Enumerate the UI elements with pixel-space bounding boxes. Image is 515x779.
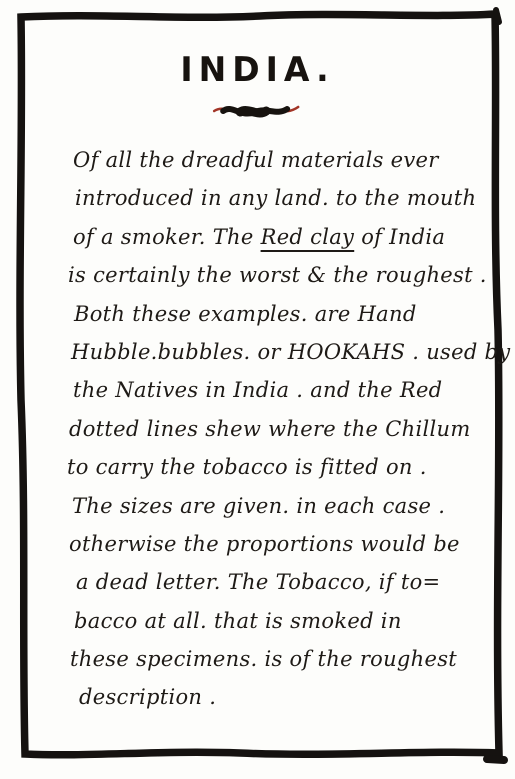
page-title: INDIA. <box>0 50 515 90</box>
line-text: of India <box>354 225 445 249</box>
handwritten-line: these specimens. is of the roughest <box>70 640 473 678</box>
handwritten-line: a dead letter. The Tobacco, if to= <box>76 563 473 601</box>
flourish-ornament <box>210 99 302 125</box>
handwritten-line: Hubble.bubbles. or HOOKAHS . used by <box>71 333 473 371</box>
handwritten-line: of a smoker. The Red clay of India <box>73 218 473 256</box>
line-text: of a smoker. The <box>73 225 261 249</box>
handwritten-line: bacco at all. that is smoked in <box>74 602 473 640</box>
handwritten-line: introduced in any land. to the mouth <box>75 179 473 217</box>
handwritten-line: Both these examples. are Hand <box>74 295 473 333</box>
handwritten-line: dotted lines shew where the Chillum <box>69 410 473 448</box>
handwritten-line: to carry the tobacco is fitted on . <box>67 448 473 486</box>
handwritten-line: Of all the dreadful materials ever <box>73 141 473 179</box>
handwritten-text: Of all the dreadful materials ever intro… <box>73 141 473 717</box>
handwritten-line: description . <box>79 678 473 716</box>
handwritten-line: is certainly the worst & the roughest . <box>68 256 473 294</box>
handwritten-line: otherwise the proportions would be <box>69 525 473 563</box>
handwritten-line: The sizes are given. in each case . <box>72 487 473 525</box>
manuscript-page: INDIA. Of all the dreadful materials eve… <box>0 0 515 779</box>
handwritten-line: the Natives in India . and the Red <box>73 371 473 409</box>
underlined-red-clay: Red clay <box>261 225 355 249</box>
